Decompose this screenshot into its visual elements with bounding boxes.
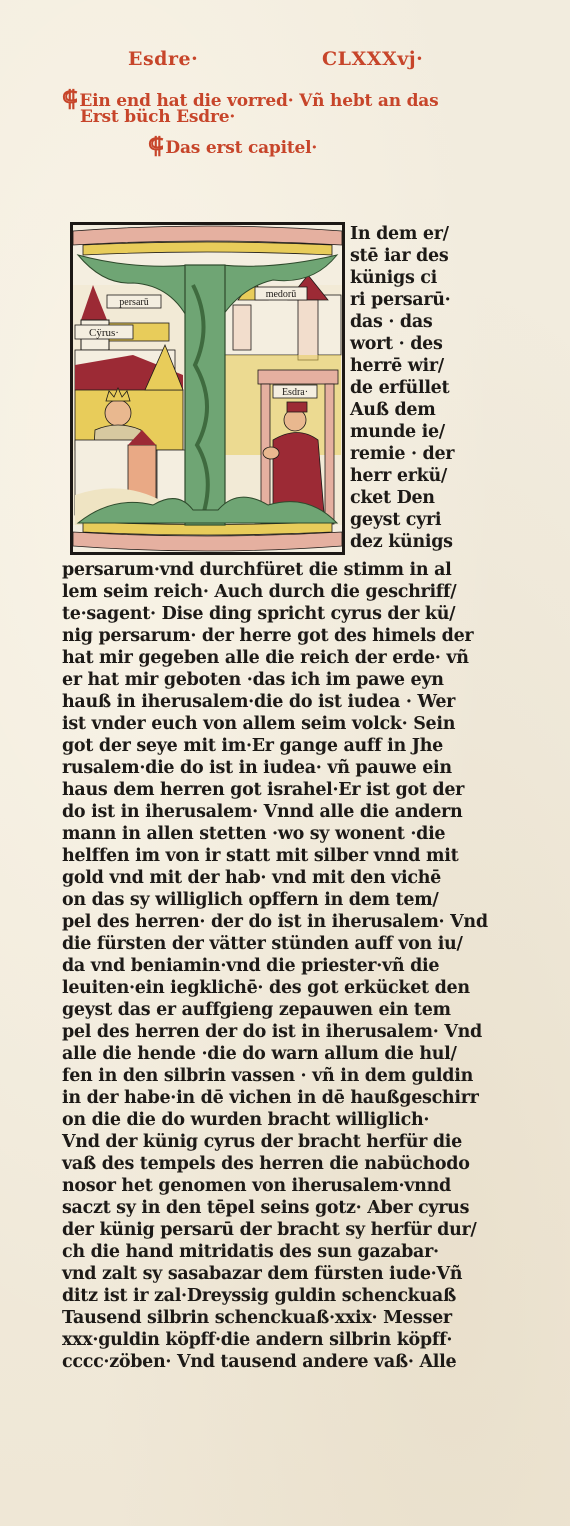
text-line: alle die hende ·die do warn allum die hu… (62, 1044, 457, 1064)
illustration-cyrus-esdra-icon: persarū Cÿrus· medorū Esdra· (73, 225, 342, 552)
text-line: da vnd beniamin·vnd die priester·vñ die (62, 956, 439, 976)
text-line: herrē wir/ (350, 356, 444, 376)
text-line: das · das (350, 312, 432, 332)
text-line: de erfüllet (350, 378, 449, 398)
text-line: pel des herren· der do ist in iherusalem… (62, 912, 488, 932)
text-line: in der habe·in dē vichen in dē haußgesch… (62, 1088, 479, 1108)
book-page: Esdre· CLXXXvj· ⸿Ein end hat die vorred·… (0, 0, 570, 1526)
woodcut-initial-i: persarū Cÿrus· medorū Esdra· (70, 222, 345, 555)
folio-number: CLXXXvj· (322, 48, 423, 70)
text-line: persarum·vnd durchfüret die stimm in al (62, 560, 451, 580)
text-line: on das sy williglich opffern in dem tem/ (62, 890, 439, 910)
running-title: Esdre· (128, 48, 198, 70)
text-line: helffen im von ir statt mit silber vnnd … (62, 846, 458, 866)
text-line: haus dem herren got israhel·Er ist got d… (62, 780, 464, 800)
text-line: ist vnder euch von allem seim volck· Sei… (62, 714, 455, 734)
text-line: do ist in iherusalem· Vnnd alle die ande… (62, 802, 462, 822)
rubric-line-2: Erst büch Esdre· (80, 107, 235, 127)
text-line: got der seye mit im·Er gange auff in Jhe (62, 736, 443, 756)
text-line: pel des herren der do ist in iherusalem·… (62, 1022, 482, 1042)
text-line: hat mir gegeben alle die reich der erde·… (62, 648, 469, 668)
text-line: vnd zalt sy sasabazar dem fürsten iude·V… (62, 1264, 462, 1284)
svg-text:persarū: persarū (119, 297, 148, 308)
text-line: herr erkü/ (350, 466, 447, 486)
text-line: stē iar des (350, 246, 448, 266)
svg-text:Cÿrus·: Cÿrus· (89, 327, 119, 339)
text-line: wort · des (350, 334, 443, 354)
text-line: ditz ist ir zal·Dreyssig guldin schencku… (62, 1286, 456, 1306)
svg-text:Esdra·: Esdra· (282, 387, 308, 398)
text-line: mann in allen stetten ·wo sy wonent ·die (62, 824, 445, 844)
text-line: In dem er/ (350, 224, 449, 244)
text-line: Auß dem (350, 400, 435, 420)
text-line: die fürsten der vätter stünden auff von … (62, 934, 463, 954)
paragraph-mark-icon: ⸿ (148, 133, 163, 159)
text-line: nig persarum· der herre got des himels d… (62, 626, 473, 646)
text-line: er hat mir geboten ·das ich im pawe eyn (62, 670, 444, 690)
text-line: hauß in iherusalem·die do ist iudea · We… (62, 692, 455, 712)
text-line: saczt sy in den tēpel seins gotz· Aber c… (62, 1198, 469, 1218)
text-line: cccc·zöben· Vnd tausend andere vaß· Alle (62, 1352, 456, 1372)
text-line: Tausend silbrin schenckuaß·xxix· Messer (62, 1308, 452, 1328)
rubric-line-3: ⸿Das erst capitel· (148, 130, 317, 160)
text-line: geyst cyri (350, 510, 441, 530)
text-line: on die die do wurden bracht williglich· (62, 1110, 429, 1130)
text-line: geyst das er auffgieng zepauwen ein tem (62, 1000, 451, 1020)
paragraph-mark-icon: ⸿ (62, 86, 77, 112)
text-line: künigs ci (350, 268, 437, 288)
text-line: rusalem·die do ist in iudea· vñ pauwe ei… (62, 758, 452, 778)
text-line: vaß des tempels des herren die nabüchodo (62, 1154, 470, 1174)
svg-text:medorū: medorū (266, 289, 297, 300)
text-line: remie · der (350, 444, 454, 464)
text-line: der künig persarū der bracht sy herfür d… (62, 1220, 477, 1240)
text-line: nosor het genomen von iherusalem·vnnd (62, 1176, 451, 1196)
text-line: xxx·guldin köpff·die andern silbrin köpf… (62, 1330, 452, 1350)
text-line: Vnd der künig cyrus der bracht herfür di… (62, 1132, 462, 1152)
text-line: fen in den silbrin vassen · vñ in dem gu… (62, 1066, 473, 1086)
text-line: te·sagent· Dise ding spricht cyrus der k… (62, 604, 455, 624)
text-line: gold vnd mit der hab· vnd mit den vichē (62, 868, 441, 888)
text-line: ch die hand mitridatis des sun gazabar· (62, 1242, 439, 1262)
text-line: dez künigs (350, 532, 453, 552)
text-line: munde ie/ (350, 422, 445, 442)
text-line: ri persarū· (350, 290, 450, 310)
text-line: lem seim reich· Auch durch die geschriff… (62, 582, 456, 602)
text-line: cket Den (350, 488, 435, 508)
text-line: leuiten·ein iegklichē· des got erkücket … (62, 978, 470, 998)
